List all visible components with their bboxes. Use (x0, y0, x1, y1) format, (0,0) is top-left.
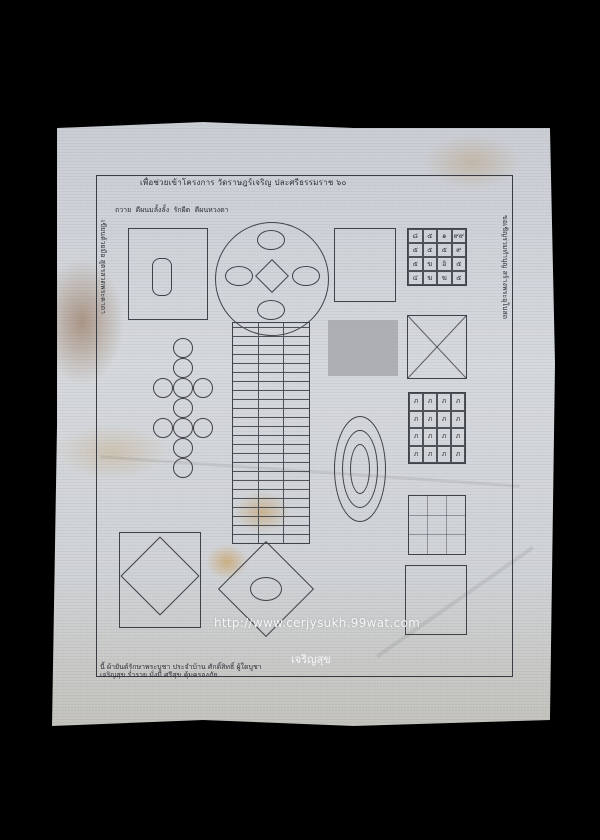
grid-cell: ภ (409, 411, 423, 429)
stupa-icon (152, 258, 172, 296)
lotus-swirl-icon (250, 577, 282, 601)
watermark-url: http://www.cerjysukh.99wat.com (214, 616, 420, 630)
yantra-header-labels: ถวาย ดีผนมลั้งลั้ง รักผีต ดีผนหวงดา (115, 205, 229, 216)
yantra-grid-right-lower (408, 495, 466, 555)
shaded-rectangle (328, 320, 398, 376)
circle-yantra-icon (153, 418, 173, 438)
grid-cell: ภ (423, 393, 437, 411)
grid-cell: ๕ (423, 243, 438, 257)
circle-yantra-icon (173, 338, 193, 358)
left-margin-text: เขียนด้วยมือ สูตรสวดพระคาถา (98, 220, 109, 314)
grid-cell: ภ (451, 411, 465, 429)
grid-cell: ภ (423, 411, 437, 429)
lotus-swirl-icon (257, 230, 285, 250)
grid-cell: ๕ (408, 257, 423, 271)
grid-cell: ภ (423, 446, 437, 464)
header-label: ถวาย (115, 206, 131, 214)
grid-cell: ภ (437, 428, 451, 446)
grid-cell: ภ (423, 428, 437, 446)
grid-cell: ภ (409, 446, 423, 464)
grid-cell: ๙ (452, 243, 467, 257)
grid-cell: ฆ (423, 257, 438, 271)
grid-cell: ภ (451, 393, 465, 411)
yantra-grid-right-mid: ภภภภ ภภภภ ภภภภ ภภภภ (408, 392, 466, 464)
grid-cell: ๕ (452, 257, 467, 271)
grid-cell: ภ (409, 428, 423, 446)
yantra-grid-mid-top (334, 228, 396, 302)
grid-cell: ๕ (452, 271, 467, 285)
yantra-title: เพื่อช่วยเข้าโครงการ วัดราษฎร์เจริญ ปละศ… (140, 176, 347, 189)
circle-yantra-icon (173, 358, 193, 378)
grid-cell: ฆ (437, 271, 452, 285)
circle-yantra-icon (173, 378, 193, 398)
grid-cell: ๘ (408, 229, 423, 243)
watermark-name: เจริญสุข (291, 650, 331, 668)
grid-cell: ฆ (423, 271, 438, 285)
circle-yantra-icon (173, 458, 193, 478)
grid-cell: ภ (437, 411, 451, 429)
grid-cell: ๕ (437, 243, 452, 257)
grid-cell: ภ (409, 393, 423, 411)
grid-cell: ภ (451, 446, 465, 464)
grid-cell: ๑ (437, 229, 452, 243)
tall-column-grid (232, 322, 310, 544)
right-margin-text: ขอเชิญร่วมทำบุญ สร้างพระอุโบสถ (500, 215, 511, 319)
grid-cell: ๙๙ (452, 229, 467, 243)
grid-cell: ๕ (423, 229, 438, 243)
lotus-swirl-icon (257, 300, 285, 320)
grid-cell: ๕ (408, 243, 423, 257)
circle-yantra-icon (153, 378, 173, 398)
circle-yantra-icon (173, 398, 193, 418)
header-label: ดีผนหวงดา (195, 206, 229, 214)
concentric-ellipse-inner (350, 444, 370, 494)
header-label: ดีผนมลั้งลั้ง (136, 206, 169, 214)
circle-yantra-icon (173, 418, 193, 438)
grid-cell: อิ (437, 257, 452, 271)
lotus-swirl-icon (292, 266, 320, 286)
grid-cell: ภ (451, 428, 465, 446)
grid-cell: ภ (437, 446, 451, 464)
circle-yantra-icon (193, 378, 213, 398)
circle-yantra-icon (173, 438, 193, 458)
yantra-grid-top-right: ๘๕๑๙๙ ๕๕๕๙ ๕ฆอิ๕ ๔ฆฆ๕ (407, 228, 467, 286)
bottom-inscription-2: เจริญสุข ร่ำรวย มั่งมี ศรีสุข คุ้มครองภั… (100, 670, 218, 681)
header-label: รักผีต (174, 206, 191, 214)
circle-yantra-icon (193, 418, 213, 438)
grid-cell: ภ (437, 393, 451, 411)
grid-cell: ๔ (408, 271, 423, 285)
lotus-swirl-icon (225, 266, 253, 286)
crossed-yantra-box (407, 315, 467, 379)
